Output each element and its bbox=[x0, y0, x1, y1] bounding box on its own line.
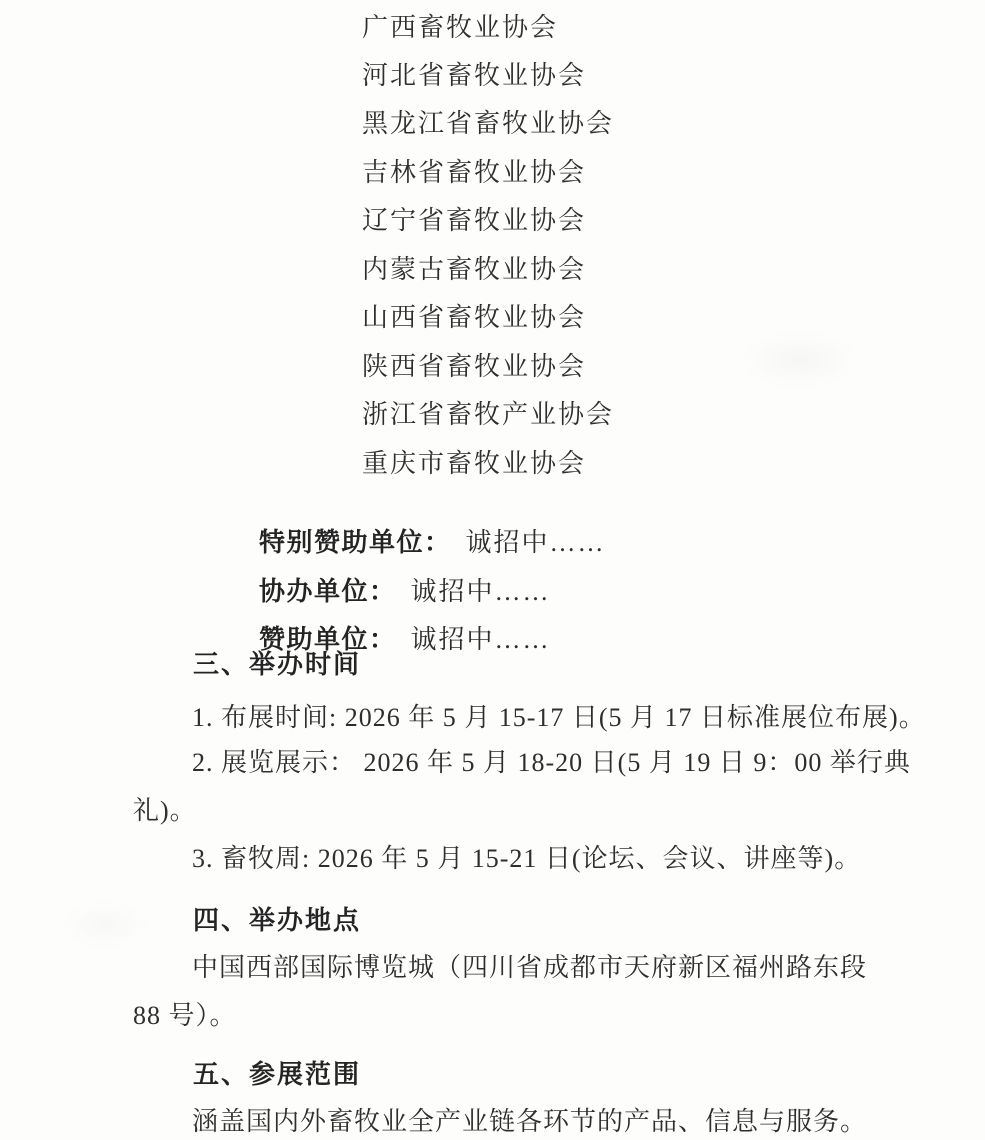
association-item: 山西省畜牧业协会 bbox=[362, 302, 586, 334]
time-item-livestock-week: 3. 畜牧周: 2026 年 5 月 15-21 日(论坛、会议、讲座等)。 bbox=[192, 843, 861, 875]
association-item: 浙江省畜牧产业协会 bbox=[362, 399, 614, 431]
venue-address-line2: 88 号）。 bbox=[133, 1000, 237, 1032]
sponsor-value: 诚招中…… bbox=[411, 625, 551, 654]
section-heading-venue: 四、举办地点 bbox=[193, 905, 361, 937]
scan-smudge bbox=[740, 330, 860, 390]
scope-body: 涵盖国内外畜牧业全产业链各环节的产品、信息与服务。 bbox=[192, 1106, 867, 1138]
section-heading-scope: 五、参展范围 bbox=[193, 1059, 361, 1091]
time-item-exhibition: 2. 展览展示： 2026 年 5 月 18-20 日(5 月 19 日 9：0… bbox=[192, 747, 911, 779]
association-item: 广西畜牧业协会 bbox=[362, 12, 558, 44]
association-item: 重庆市畜牧业协会 bbox=[362, 448, 586, 480]
association-item: 内蒙古畜牧业协会 bbox=[362, 254, 586, 286]
document-page: 广西畜牧业协会 河北省畜牧业协会 黑龙江省畜牧业协会 吉林省畜牧业协会 辽宁省畜… bbox=[0, 0, 985, 1140]
time-item-exhibition-continued: 礼)。 bbox=[133, 795, 197, 827]
association-item: 辽宁省畜牧业协会 bbox=[362, 205, 586, 237]
association-item: 陕西省畜牧业协会 bbox=[362, 351, 586, 383]
scan-smudge bbox=[60, 900, 150, 950]
association-item: 黑龙江省畜牧业协会 bbox=[362, 108, 614, 140]
time-item-setup: 1. 布展时间: 2026 年 5 月 15-17 日(5 月 17 日标准展位… bbox=[192, 702, 926, 734]
venue-address-line1: 中国西部国际博览城（四川省成都市天府新区福州路东段 bbox=[192, 952, 867, 984]
association-item: 河北省畜牧业协会 bbox=[362, 60, 586, 92]
association-item: 吉林省畜牧业协会 bbox=[362, 157, 586, 189]
section-heading-time: 三、举办时间 bbox=[193, 649, 361, 681]
